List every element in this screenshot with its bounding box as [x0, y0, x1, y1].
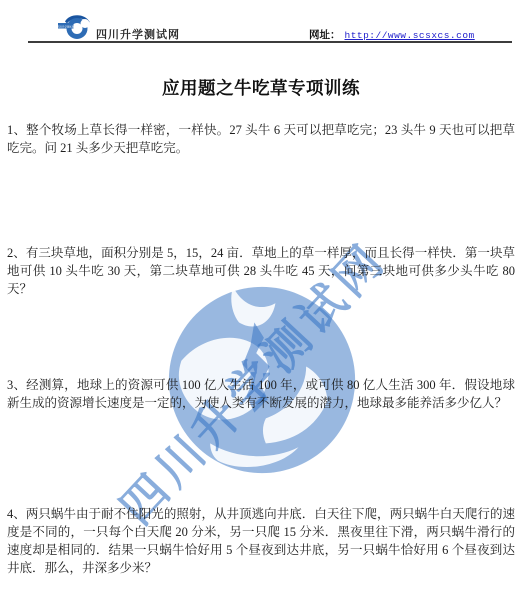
site-name: 四川升学测试网 — [96, 26, 180, 42]
question-2: 2、有三块草地，面积分别是 5，15，24 亩．草地上的草一样厚，而且长得一样快… — [7, 244, 515, 298]
worksheet-content: 应用题之牛吃草专项训练 1、整个牧场上草长得一样密，一样快。27 头牛 6 天可… — [0, 0, 522, 599]
question-1: 1、整个牧场上草长得一样密，一样快。27 头牛 6 天可以把草吃完；23 头牛 … — [7, 121, 515, 157]
page-header: 四川升学测试网 四川升学测试网 网址： http://www.scsxcs.co… — [0, 0, 522, 46]
site-logo-icon: 四川升学测试网 — [58, 12, 94, 40]
document-title: 应用题之牛吃草专项训练 — [0, 75, 522, 100]
header-divider — [28, 41, 512, 43]
question-3: 3、经测算，地球上的资源可供 100 亿人生活 100 年，或可供 80 亿人生… — [7, 376, 515, 412]
question-4: 4、两只蜗牛由于耐不住阳光的照射，从井顶逃向井底．白天往下爬，两只蜗牛白天爬行的… — [7, 505, 515, 577]
site-url-link[interactable]: http://www.scsxcs.com — [345, 30, 475, 41]
url-label: 网址： — [309, 30, 341, 41]
logo-tiny-text: 四川升学测试网 — [58, 24, 75, 28]
worksheet-page: 四川升学测试网 四川升学测试网 四川升学测试网 网址： http://www.s… — [0, 0, 522, 599]
